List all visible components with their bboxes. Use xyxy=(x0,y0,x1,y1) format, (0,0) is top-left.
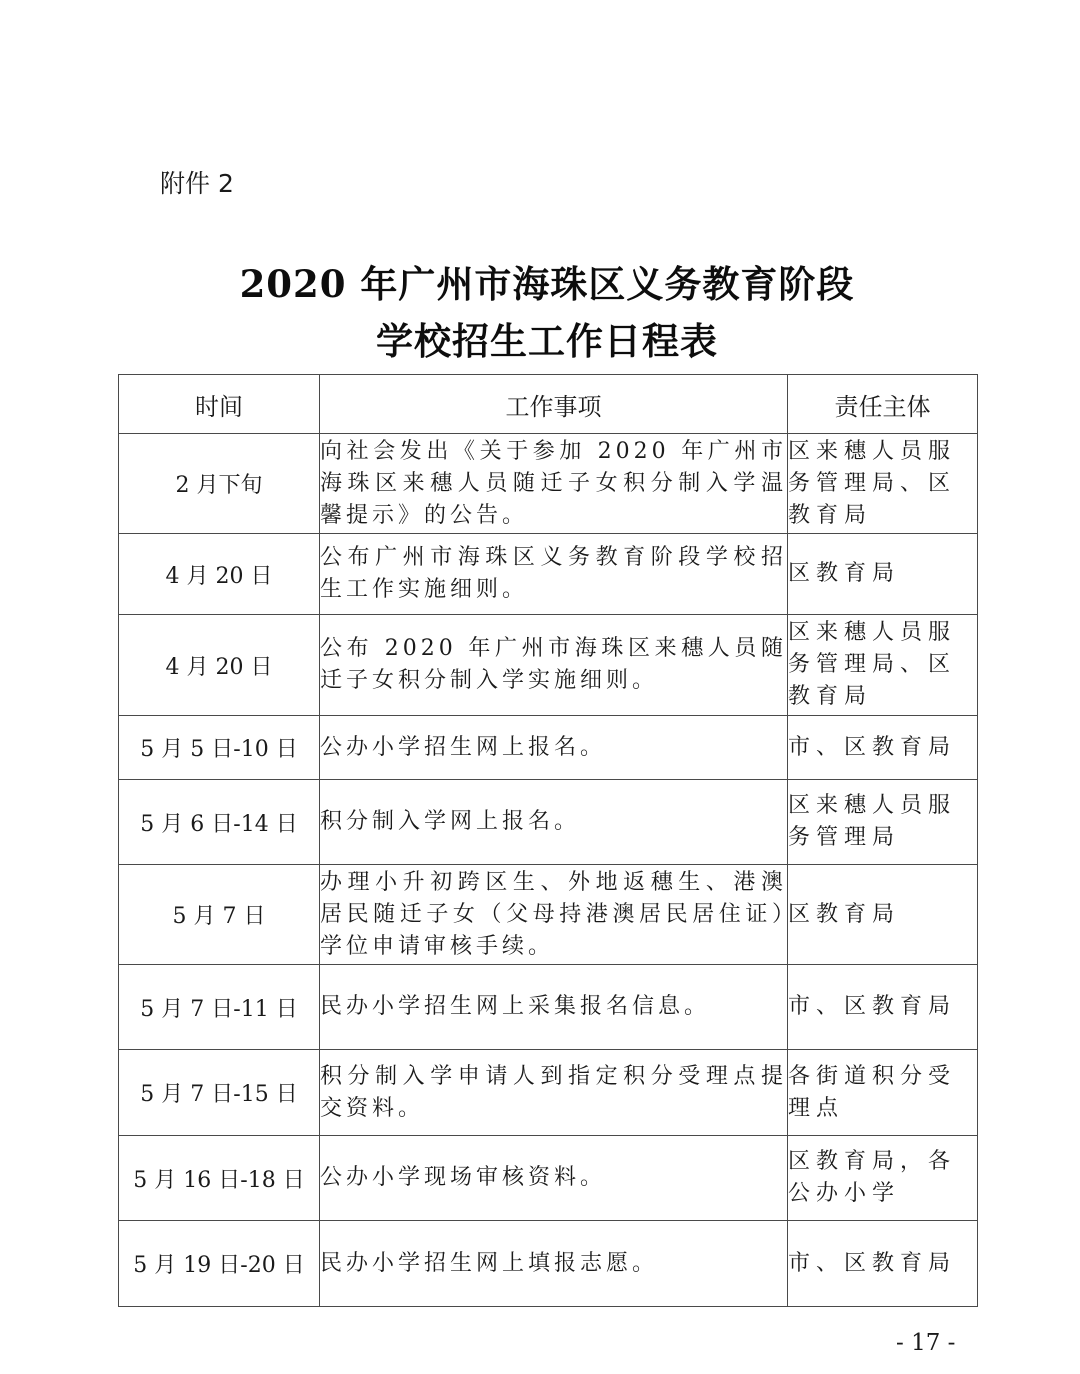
cell-owner: 市、区教育局 xyxy=(788,716,978,780)
cell-time: 5 月 7 日-11 日 xyxy=(119,965,320,1050)
table-row: 5 月 5 日-10 日 公办小学招生网上报名。 市、区教育局 xyxy=(119,716,978,780)
table-row: 5 月 19 日-20 日 民办小学招生网上填报志愿。 市、区教育局 xyxy=(119,1221,978,1307)
cell-time: 5 月 6 日-14 日 xyxy=(119,780,320,865)
cell-owner: 区来穗人员服务管理局、区教育局 xyxy=(788,615,978,716)
cell-task: 积分制入学网上报名。 xyxy=(320,780,788,865)
header-time: 时间 xyxy=(119,375,320,434)
cell-task: 办理小升初跨区生、外地返穗生、港澳居民随迁子女（父母持港澳居民居住证）学位申请审… xyxy=(320,865,788,965)
cell-owner: 区来穗人员服务管理局、区教育局 xyxy=(788,434,978,534)
cell-owner: 区教育局，各公办小学 xyxy=(788,1136,978,1221)
cell-owner: 区教育局 xyxy=(788,534,978,615)
cell-task: 民办小学招生网上填报志愿。 xyxy=(320,1221,788,1307)
table-row: 4 月 20 日 公布广州市海珠区义务教育阶段学校招生工作实施细则。 区教育局 xyxy=(119,534,978,615)
cell-time: 5 月 19 日-20 日 xyxy=(119,1221,320,1307)
cell-owner: 区来穗人员服务管理局 xyxy=(788,780,978,865)
table-row: 5 月 6 日-14 日 积分制入学网上报名。 区来穗人员服务管理局 xyxy=(119,780,978,865)
cell-task: 公布 2020 年广州市海珠区来穗人员随迁子女积分制入学实施细则。 xyxy=(320,615,788,716)
cell-time: 4 月 20 日 xyxy=(119,615,320,716)
cell-task: 民办小学招生网上采集报名信息。 xyxy=(320,965,788,1050)
cell-task: 公办小学现场审核资料。 xyxy=(320,1136,788,1221)
cell-owner: 市、区教育局 xyxy=(788,1221,978,1307)
document-title-line-2: 学校招生工作日程表 xyxy=(0,311,1080,365)
table-header-row: 时间 工作事项 责任主体 xyxy=(119,375,978,434)
header-task: 工作事项 xyxy=(320,375,788,434)
cell-time: 5 月 7 日 xyxy=(119,865,320,965)
table-row: 5 月 16 日-18 日 公办小学现场审核资料。 区教育局，各公办小学 xyxy=(119,1136,978,1221)
table-row: 4 月 20 日 公布 2020 年广州市海珠区来穗人员随迁子女积分制入学实施细… xyxy=(119,615,978,716)
table-row: 5 月 7 日-11 日 民办小学招生网上采集报名信息。 市、区教育局 xyxy=(119,965,978,1050)
cell-time: 5 月 7 日-15 日 xyxy=(119,1050,320,1136)
cell-task: 公办小学招生网上报名。 xyxy=(320,716,788,780)
attachment-label: 附件 2 xyxy=(160,164,234,200)
document-title-line-1: 2020 年广州市海珠区义务教育阶段 xyxy=(0,254,1080,308)
page-number: - 17 - xyxy=(896,1330,955,1356)
cell-owner: 市、区教育局 xyxy=(788,965,978,1050)
table-row: 5 月 7 日-15 日 积分制入学申请人到指定积分受理点提交资料。 各街道积分… xyxy=(119,1050,978,1136)
cell-time: 5 月 16 日-18 日 xyxy=(119,1136,320,1221)
cell-task: 向社会发出《关于参加 2020 年广州市海珠区来穗人员随迁子女积分制入学温馨提示… xyxy=(320,434,788,534)
cell-task: 积分制入学申请人到指定积分受理点提交资料。 xyxy=(320,1050,788,1136)
cell-time: 5 月 5 日-10 日 xyxy=(119,716,320,780)
table-row: 5 月 7 日 办理小升初跨区生、外地返穗生、港澳居民随迁子女（父母持港澳居民居… xyxy=(119,865,978,965)
cell-task: 公布广州市海珠区义务教育阶段学校招生工作实施细则。 xyxy=(320,534,788,615)
cell-time: 2 月下旬 xyxy=(119,434,320,534)
cell-owner: 各街道积分受理点 xyxy=(788,1050,978,1136)
header-owner: 责任主体 xyxy=(788,375,978,434)
cell-owner: 区教育局 xyxy=(788,865,978,965)
schedule-table: 时间 工作事项 责任主体 2 月下旬 向社会发出《关于参加 2020 年广州市海… xyxy=(118,374,978,1307)
table-row: 2 月下旬 向社会发出《关于参加 2020 年广州市海珠区来穗人员随迁子女积分制… xyxy=(119,434,978,534)
cell-time: 4 月 20 日 xyxy=(119,534,320,615)
